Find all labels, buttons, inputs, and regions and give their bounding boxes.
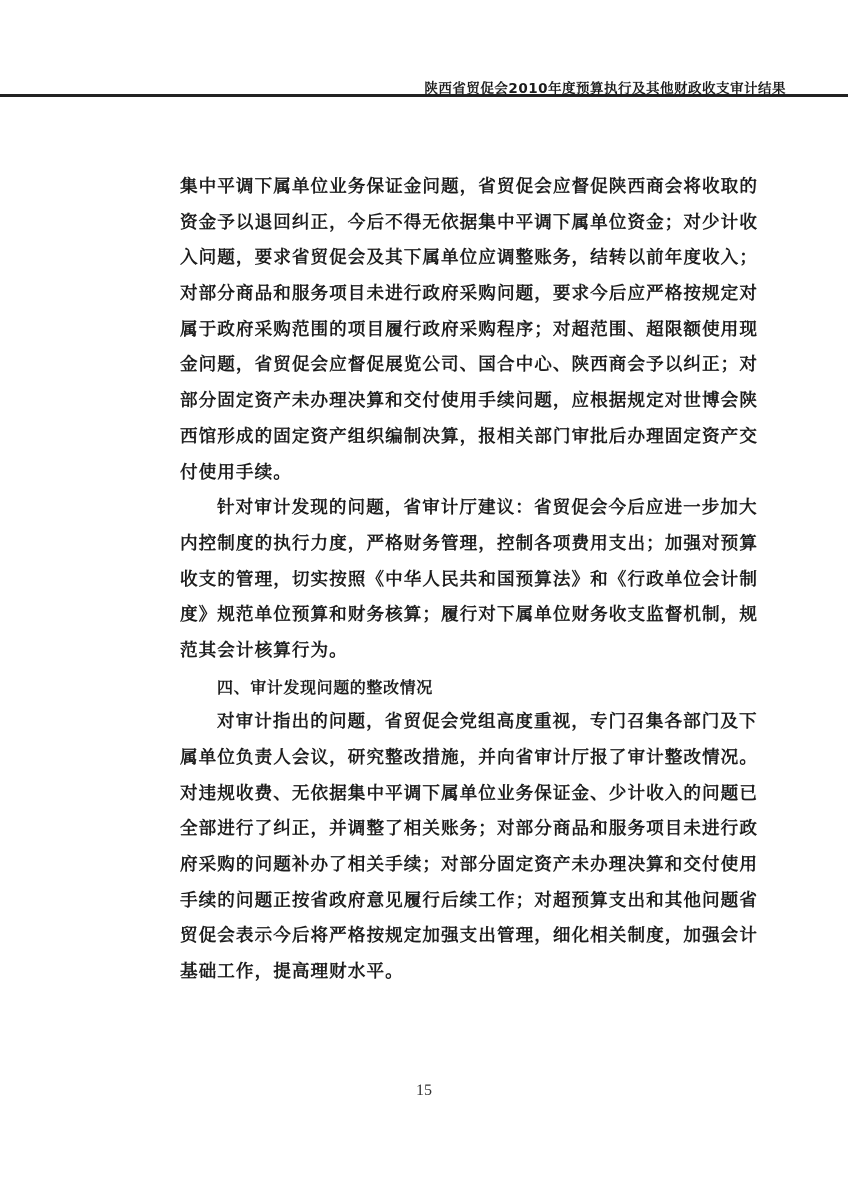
- text-line: 部分固定资产未办理决算和交付使用手续问题，应根据规定对世博会陕: [180, 384, 770, 420]
- text-line: 集中平调下属单位业务保证金问题，省贸促会应督促陕西商会将收取的: [180, 170, 770, 206]
- text-line: 府采购的问题补办了相关手续；对部分固定资产未办理决算和交付使用: [180, 848, 770, 884]
- text-line: 入问题，要求省贸促会及其下属单位应调整账务，结转以前年度收入；: [180, 241, 770, 277]
- paragraph-3: 对审计指出的问题，省贸促会党组高度重视，专门召集各部门及下 属单位负责人会议，研…: [180, 705, 770, 991]
- header-rule: [0, 94, 848, 97]
- paragraph-1: 集中平调下属单位业务保证金问题，省贸促会应督促陕西商会将收取的 资金予以退回纠正…: [180, 170, 770, 491]
- text-line: 范其会计核算行为。: [180, 634, 770, 670]
- text-line: 基础工作，提高理财水平。: [180, 955, 770, 991]
- text-line: 付使用手续。: [180, 456, 770, 492]
- text-line: 金问题，省贸促会应督促展览公司、国合中心、陕西商会予以纠正；对: [180, 348, 770, 384]
- body-text: 集中平调下属单位业务保证金问题，省贸促会应督促陕西商会将收取的 资金予以退回纠正…: [180, 170, 770, 991]
- text-line: 资金予以退回纠正，今后不得无依据集中平调下属单位资金；对少计收: [180, 206, 770, 242]
- text-line: 手续的问题正按省政府意见履行后续工作；对超预算支出和其他问题省: [180, 884, 770, 920]
- text-line: 贸促会表示今后将严格按规定加强支出管理，细化相关制度，加强会计: [180, 919, 770, 955]
- text-line: 对审计指出的问题，省贸促会党组高度重视，专门召集各部门及下: [180, 705, 770, 741]
- text-line: 对违规收费、无依据集中平调下属单位业务保证金、少计收入的问题已: [180, 777, 770, 813]
- text-line: 对部分商品和服务项目未进行政府采购问题，要求今后应严格按规定对: [180, 277, 770, 313]
- paragraph-2: 针对审计发现的问题，省审计厅建议：省贸促会今后应进一步加大 内控制度的执行力度，…: [180, 491, 770, 669]
- text-line: 西馆形成的固定资产组织编制决算，报相关部门审批后办理固定资产交: [180, 420, 770, 456]
- text-line: 度》规范单位预算和财务核算；履行对下属单位财务收支监督机制，规: [180, 598, 770, 634]
- page-number: 15: [0, 1082, 848, 1100]
- section-heading: 四、审计发现问题的整改情况: [180, 670, 770, 706]
- text-line: 全部进行了纠正，并调整了相关账务；对部分商品和服务项目未进行政: [180, 812, 770, 848]
- text-line: 属于政府采购范围的项目履行政府采购程序；对超范围、超限额使用现: [180, 313, 770, 349]
- text-line: 内控制度的执行力度，严格财务管理，控制各项费用支出；加强对预算: [180, 527, 770, 563]
- text-line: 收支的管理，切实按照《中华人民共和国预算法》和《行政单位会计制: [180, 563, 770, 599]
- text-line: 属单位负责人会议，研究整改措施，并向省审计厅报了审计整改情况。: [180, 741, 770, 777]
- text-line: 针对审计发现的问题，省审计厅建议：省贸促会今后应进一步加大: [180, 491, 770, 527]
